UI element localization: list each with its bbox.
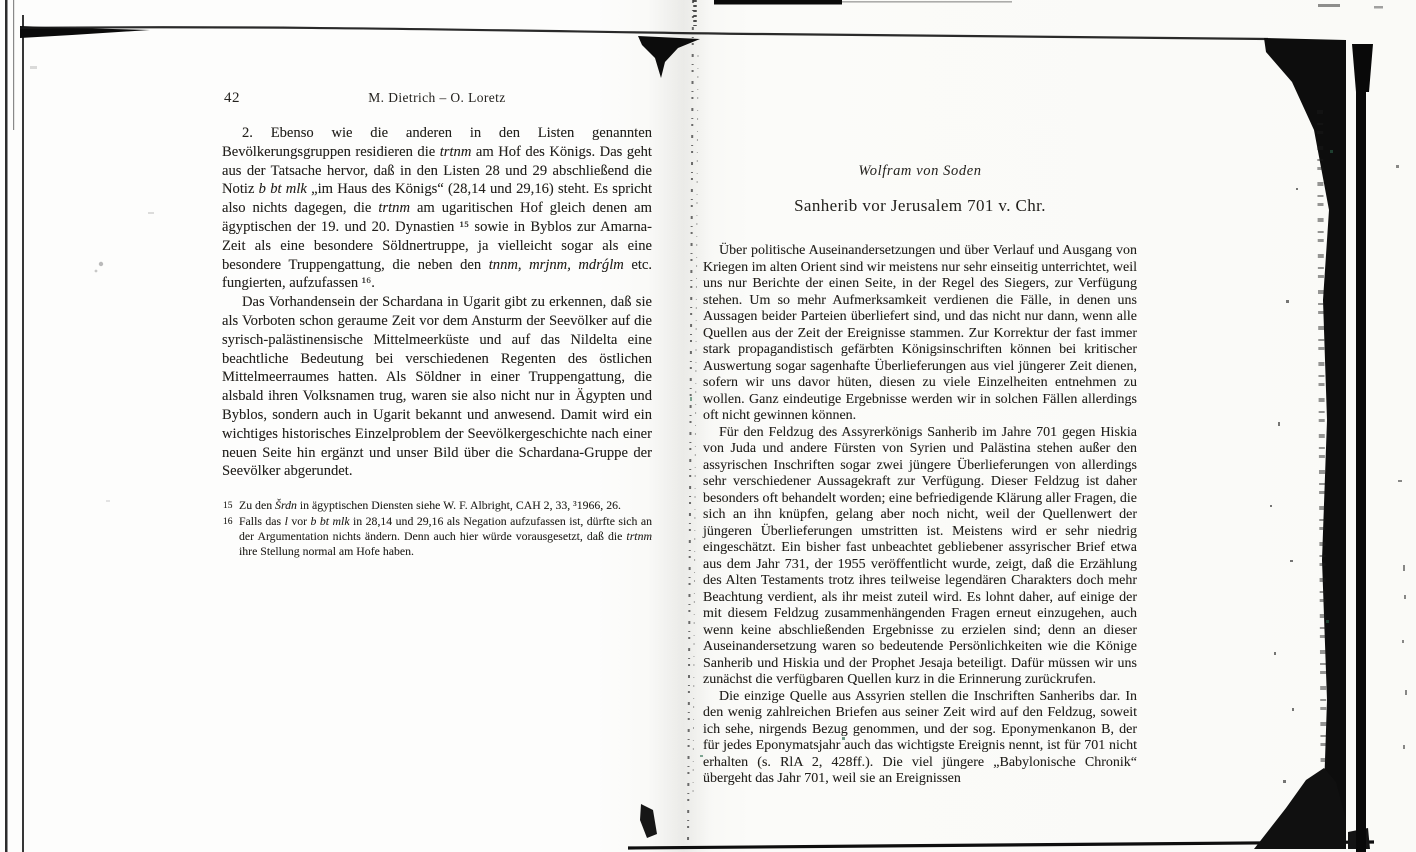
page-number: 42 — [224, 90, 240, 107]
footnote-text: Zu den Šrdn in ägyptischen Diensten sieh… — [239, 498, 621, 512]
scan-toner-band — [1264, 38, 1346, 849]
scan-edge-line — [13, 0, 14, 130]
scan-blot — [638, 36, 700, 78]
scan-speck-cluster — [1396, 165, 1407, 749]
scan-blot — [1254, 768, 1346, 849]
article-title: Sanherib vor Jerusalem 701 v. Chr. — [703, 196, 1137, 216]
article-paragraph-1: Über politische Auseinandersetzungen und… — [703, 243, 1137, 425]
book-scan: 42 M. Dietrich – O. Loretz 2. Ebenso wie… — [0, 0, 1416, 852]
right-page-body: Über politische Auseinandersetzungen und… — [703, 243, 1137, 788]
footnote-marker: 15 — [223, 499, 233, 514]
scan-speck-cluster — [1270, 188, 1298, 783]
page-head: 42 M. Dietrich – O. Loretz — [222, 90, 652, 108]
footnote-marker: 16 — [223, 515, 233, 530]
running-header: M. Dietrich – O. Loretz — [222, 90, 652, 106]
scan-toner-rough-edge — [1320, 110, 1324, 840]
scan-gutter-speckle — [693, 55, 698, 800]
scan-crease-line — [20, 27, 1268, 39]
scan-smudge — [30, 66, 154, 502]
scan-right-bar — [1352, 44, 1373, 92]
scan-right-bar — [1356, 44, 1366, 852]
scan-speck — [1374, 6, 1383, 9]
footnote-15: 15 Zu den Šrdn in ägyptischen Diensten s… — [222, 498, 652, 513]
article-paragraph-2: Für den Feldzug des Assyrerkönigs Sanher… — [703, 425, 1137, 689]
scan-top-bar — [714, 0, 842, 5]
left-page-body: 2. Ebenso wie die anderen in den Listen … — [222, 124, 652, 481]
right-page: Wolfram von Soden Sanherib vor Jerusalem… — [703, 163, 1137, 788]
scan-edge-line — [22, 15, 24, 852]
scan-blot — [1348, 828, 1370, 849]
left-paragraph-2: Das Vorhandensein der Schardana in Ugari… — [222, 293, 652, 481]
scan-edge-line — [5, 0, 8, 852]
scan-blot — [20, 26, 150, 38]
scan-top-bar — [842, 1, 1012, 3]
footnote-16: 16 Falls das l vor b bt mlk in 28,14 und… — [222, 514, 652, 560]
footnotes: 15 Zu den Šrdn in ägyptischen Diensten s… — [222, 498, 652, 560]
left-page: 42 M. Dietrich – O. Loretz 2. Ebenso wie… — [222, 90, 652, 560]
footnote-text: Falls das l vor b bt mlk in 28,14 und 29… — [239, 514, 652, 559]
scan-gutter-speckle — [688, 0, 693, 845]
left-paragraph-1: 2. Ebenso wie die anderen in den Listen … — [222, 124, 652, 293]
article-author: Wolfram von Soden — [703, 163, 1137, 180]
scan-blot — [640, 804, 657, 838]
scan-bottom-line — [628, 842, 1374, 848]
scan-speck — [1318, 4, 1340, 7]
article-paragraph-3: Die einzige Quelle aus Assyrien stellen … — [703, 689, 1137, 788]
